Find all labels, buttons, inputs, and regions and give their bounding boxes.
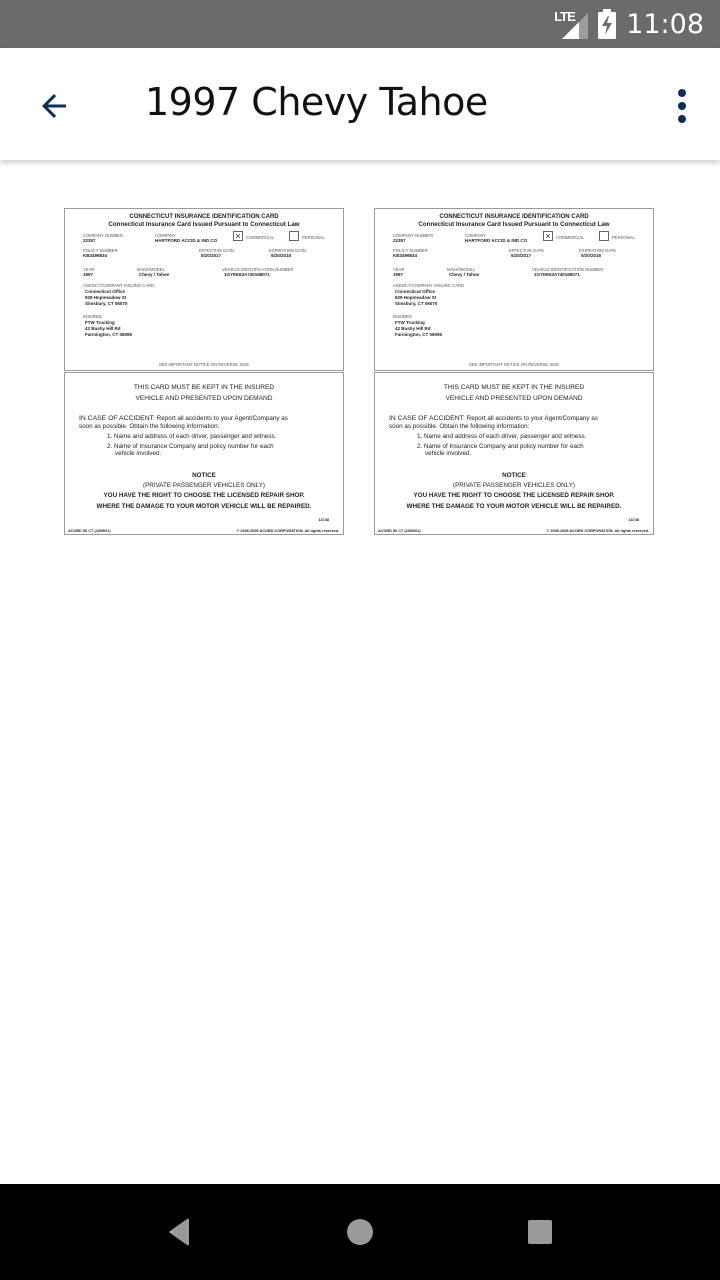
make-model: Chevy / Tahoe	[139, 272, 169, 278]
card-back: THIS CARD MUST BE KEPT IN THE INSURED VE…	[64, 372, 344, 535]
card-front: CONNECTICUT INSURANCE IDENTIFICATION CAR…	[64, 208, 344, 371]
company-number: 22357	[83, 238, 96, 244]
policy-number: KB3499834	[393, 253, 417, 259]
accident-item-1: 1. Name and address of each driver, pass…	[107, 433, 276, 441]
card-subheading: Connecticut Insurance Card Issued Pursua…	[375, 221, 653, 228]
arrow-back-icon	[36, 88, 72, 124]
insurance-card-page[interactable]: CONNECTICUT INSURANCE IDENTIFICATION CAR…	[374, 208, 654, 535]
notice-subtitle: (PRIVATE PASSENGER VEHICLES ONLY)	[65, 482, 343, 489]
vin: 1GYEE63A740168071	[224, 272, 270, 278]
lte-signal-icon: LTE	[554, 9, 588, 39]
keep-card-line2: VEHICLE AND PRESENTED UPON DEMAND	[65, 395, 343, 402]
back-button[interactable]	[30, 82, 78, 130]
clock: 11:08	[626, 9, 704, 40]
accident-text: Report all accidents to your Agent/Compa…	[157, 415, 288, 422]
effective-date: 5/20/2017	[201, 253, 221, 259]
commercial-checkbox: ×	[543, 231, 553, 241]
notice-subtitle: (PRIVATE PASSENGER VEHICLES ONLY)	[375, 482, 653, 489]
year: 1997	[83, 272, 93, 278]
personal-label: PERSONAL	[302, 235, 325, 240]
insured-label: INSURED	[393, 314, 412, 319]
company-number: 22357	[393, 238, 406, 244]
accident-item-2b: vehicle involved.	[425, 450, 471, 458]
form-id: ACORD 50 CT (2009/01)	[378, 529, 421, 533]
keep-card-line2: VEHICLE AND PRESENTED UPON DEMAND	[375, 395, 653, 402]
insured-city: Farmington, CT 06095	[395, 332, 442, 338]
status-bar: LTE 11:08	[0, 0, 720, 48]
commercial-label: COMMERCIAL	[246, 235, 274, 240]
insured-city: Farmington, CT 06095	[85, 332, 132, 338]
agency-city: Simsbury, CT 06070	[395, 301, 437, 307]
copyright: © 2006-2009 ACORD CORPORATION. All right…	[547, 529, 649, 533]
copyright: © 2006-2009 ACORD CORPORATION. All right…	[237, 529, 339, 533]
document-viewer: CONNECTICUT INSURANCE IDENTIFICATION CAR…	[0, 160, 720, 1184]
notice-title: NOTICE	[65, 472, 343, 479]
notice-line-1: YOU HAVE THE RIGHT TO CHOOSE THE LICENSE…	[375, 492, 653, 499]
company: HARTFORD ACCID & IND CO	[465, 238, 527, 244]
agency-city: Simsbury, CT 06070	[85, 301, 127, 307]
make-model: Chevy / Tahoe	[449, 272, 479, 278]
keep-card-line1: THIS CARD MUST BE KEPT IN THE INSURED	[65, 384, 343, 391]
accident-text-2: soon as possible. Obtain the following i…	[389, 423, 529, 431]
nav-home-icon	[346, 1218, 374, 1246]
card-front: CONNECTICUT INSURANCE IDENTIFICATION CAR…	[374, 208, 654, 371]
company: HARTFORD ACCID & IND CO	[155, 238, 217, 244]
notice-line-2: WHERE THE DAMAGE TO YOUR MOTOR VEHICLE W…	[65, 503, 343, 510]
notice-line-1: YOU HAVE THE RIGHT TO CHOOSE THE LICENSE…	[65, 492, 343, 499]
reverse-notice: SEE IMPORTANT NOTICE ON REVERSE SIDE	[65, 362, 343, 367]
card-heading: CONNECTICUT INSURANCE IDENTIFICATION CAR…	[65, 214, 343, 220]
agency-label: AGENCY/COMPANY ISSUING CARD	[393, 283, 464, 288]
notice-line-2: WHERE THE DAMAGE TO YOUR MOTOR VEHICLE W…	[375, 503, 653, 510]
keep-card-line1: THIS CARD MUST BE KEPT IN THE INSURED	[375, 384, 653, 391]
more-options-button[interactable]	[670, 82, 694, 130]
nav-home-button[interactable]	[336, 1208, 384, 1256]
accident-item-1: 1. Name and address of each driver, pass…	[417, 433, 586, 441]
nav-recents-button[interactable]	[516, 1208, 564, 1256]
expiration-date: 5/20/2018	[581, 253, 601, 259]
reverse-notice: SEE IMPORTANT NOTICE ON REVERSE SIDE	[375, 362, 653, 367]
policy-number: KB3499834	[83, 253, 107, 259]
form-code: 13748	[628, 518, 639, 522]
personal-checkbox	[599, 231, 609, 241]
form-id: ACORD 50 CT (2009/01)	[68, 529, 111, 533]
accident-lead: IN CASE OF ACCIDENT:	[389, 415, 465, 422]
nav-back-button[interactable]	[156, 1208, 204, 1256]
card-subheading: Connecticut Insurance Card Issued Pursua…	[65, 221, 343, 228]
notice-title: NOTICE	[375, 472, 653, 479]
accident-lead: IN CASE OF ACCIDENT:	[79, 415, 155, 422]
insured-label: INSURED	[83, 314, 102, 319]
nav-back-icon	[167, 1218, 193, 1246]
agency-label: AGENCY/COMPANY ISSUING CARD	[83, 283, 154, 288]
insurance-card-page[interactable]: CONNECTICUT INSURANCE IDENTIFICATION CAR…	[64, 208, 344, 535]
accident-text: Report all accidents to your Agent/Compa…	[467, 415, 598, 422]
nav-recents-icon	[527, 1219, 553, 1245]
vin: 1GYEE63A740168071	[534, 272, 580, 278]
card-back: THIS CARD MUST BE KEPT IN THE INSURED VE…	[374, 372, 654, 535]
more-vert-icon	[678, 89, 686, 97]
effective-date: 5/20/2017	[511, 253, 531, 259]
page-title: 1997 Chevy Tahoe	[145, 80, 488, 124]
personal-checkbox	[289, 231, 299, 241]
battery-charging-icon	[598, 9, 616, 39]
system-nav-bar	[0, 1184, 720, 1280]
form-code: 13748	[318, 518, 329, 522]
card-heading: CONNECTICUT INSURANCE IDENTIFICATION CAR…	[375, 214, 653, 220]
accident-text-2: soon as possible. Obtain the following i…	[79, 423, 219, 431]
commercial-checkbox: ×	[233, 231, 243, 241]
personal-label: PERSONAL	[612, 235, 635, 240]
app-bar: 1997 Chevy Tahoe	[0, 48, 720, 160]
expiration-date: 5/20/2018	[271, 253, 291, 259]
commercial-label: COMMERCIAL	[556, 235, 584, 240]
accident-item-2b: vehicle involved.	[115, 450, 161, 458]
year: 1997	[393, 272, 403, 278]
